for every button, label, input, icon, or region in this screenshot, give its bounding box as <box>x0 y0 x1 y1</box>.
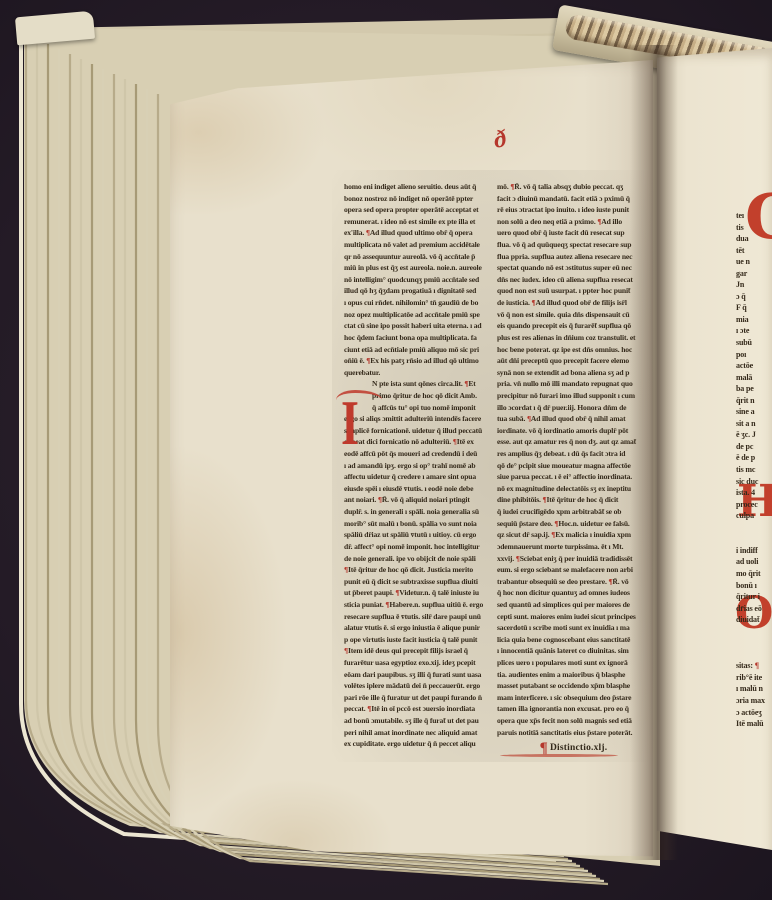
text-line: alatur v̄tutis ē. si ergo iniustia ē ali… <box>344 622 497 634</box>
text-line: tis mc <box>736 464 772 476</box>
text-line: ē de p <box>736 452 772 464</box>
text-line: precipitur nō furari imo illud supponit … <box>497 390 650 402</box>
text-line: actōe <box>736 360 772 372</box>
text-line: bonoz nostroz nō indiget nō operātē ppte… <box>344 193 497 205</box>
text-line <box>736 533 772 545</box>
text-line: on̄iū ē. ¶Ex his patʒ rn̄sio ad illud qō… <box>344 355 497 367</box>
text-line: subū <box>736 337 772 349</box>
text-line: ex'illa. ¶Ad illud quod ultimo obr̄ q̄ o… <box>344 227 497 239</box>
text-line: ı opus cui rn̄det. nihilomin° tn̄ gaudiū… <box>344 297 497 309</box>
drop-cap-initial-I: I <box>341 393 359 453</box>
text-line: sic duc <box>736 476 772 488</box>
text-line: q̄ iudei crucifigēdo xpm arbitrabāt̄ se … <box>497 506 650 518</box>
text-line: hoc bene poterat. qz ipe est dn̄s omnius… <box>497 344 650 356</box>
text-line: mia <box>736 314 772 326</box>
text-line: i indiff <box>736 545 772 557</box>
text-line: multiplicata nō valet ad premium accidēt… <box>344 239 497 251</box>
text-line: sticia puniat. ¶Habere.n. supflua uitiū … <box>344 599 497 611</box>
text-line: flua. vō q̄ ad quūqueqʒ spectat resecare… <box>497 239 650 251</box>
text-line: illo ɔcordat ı q̄ dr̄ puer.iij. Honora d… <box>497 402 650 414</box>
text-line: ciunt etiā ad ecn̄tiale pmiū aliquo mō s… <box>344 344 497 356</box>
text-line: punit eū q̄ dicit se subtraxisse supflua… <box>344 576 497 588</box>
text-line: de iusticia. ¶Ad illud quod obr̄ de fili… <box>497 297 650 309</box>
text-line: ba pe <box>736 383 772 395</box>
text-line: sed quantū ad simplices qui per maiores … <box>497 599 650 611</box>
text-line: esse. aut qz amatur res q̄ non dʒ. aut q… <box>497 436 650 448</box>
text-line: de noie generali. ipe vo obijcit de noie… <box>344 553 497 565</box>
text-line: duplr̄. s. in generali ı spāli. noia gen… <box>344 506 497 518</box>
text-line: ¶Itē q̄ritur de hoc qō dicit. Justicia m… <box>344 564 497 576</box>
text-line: dr̄. affect° opi nomē imponit. hoc intel… <box>344 541 497 553</box>
text-line: p ope virtutis iuste facit iusticia q̄ t… <box>344 634 497 646</box>
text-line: Jn <box>736 279 772 291</box>
text-line: iordinate. vō q̄ iordinatio amoris duplr… <box>497 425 650 437</box>
text-line: tis <box>736 222 772 234</box>
text-column-right: mō. ¶R̄. vō q̄ talia absqʒ dubio peccat.… <box>497 181 650 738</box>
text-line: tamen illa ignorantia non excusat. pro e… <box>497 703 650 715</box>
text-line: gar <box>736 268 772 280</box>
text-line: simplicē fornicationē. uidetur q̄ illud … <box>344 425 497 437</box>
text-line: paruis notitiā sanctitatis eius p̄stare … <box>497 727 650 739</box>
text-line: ɔria max <box>736 695 772 707</box>
text-line: tua subā. ¶Ad illud quod obr̄ q̄ nihil a… <box>497 413 650 425</box>
book-photograph: ð homo eni indiget alieno seruitio. deus… <box>0 0 772 900</box>
text-line: res amplius q̄ʒ debeat. ı dū q̄s facit ɔ… <box>497 448 650 460</box>
text-line: qr nō assequuntur aureolā. vō q̄ accn̄ta… <box>344 251 497 263</box>
text-line: uero quod obr̄ q̄ iuste facit dū resecat… <box>497 227 650 239</box>
text-line: procec <box>736 499 772 511</box>
text-line: non solū a deo neq etiā a pximo. ¶Ad ill… <box>497 216 650 228</box>
text-line: ctat cū sine ipo possit haberi uita eter… <box>344 320 497 332</box>
text-line: volētes iplere mādatū dei n̄ peccauerūt.… <box>344 680 497 692</box>
text-line: tia. audientes enim a maioribus q̄ blasp… <box>497 669 650 681</box>
text-line: spectat quando nō est ɔstitutus super eū… <box>497 262 650 274</box>
text-line: affectu uidetur q̄ credere ı amare sint … <box>344 471 497 483</box>
text-line <box>736 626 772 638</box>
text-line: qō de° pcipit siue moueatur magna affect… <box>497 460 650 472</box>
red-signature-mark: ð <box>493 126 508 153</box>
text-line: ı ɔte <box>736 325 772 337</box>
text-line: pria. vn̄ nullo mō illi mandato repugnat… <box>497 378 650 390</box>
text-line: ergo si aliqs ɔmittit adulteriū intendēs… <box>344 413 497 425</box>
text-line: quod non est suū usurpat. ı ppter hoc pu… <box>497 285 650 297</box>
text-line: mō. ¶R̄. vō q̄ talia absqʒ dubio peccat.… <box>497 181 650 193</box>
distinctio-label: Distinctio.xlj. <box>550 743 607 753</box>
text-line: ad bonū ɔmutabile. sʒ ille q̄ furat̄ ut … <box>344 715 497 727</box>
text-line: ı innocentiā quānis lateret co diuinitas… <box>497 645 650 657</box>
text-line: homo eni indiget alieno seruitio. deus a… <box>344 181 497 193</box>
text-line: xxvij. ¶Sciebat eniʒ q̄ per inuidiā trad… <box>497 553 650 565</box>
text-line: debeat dici fornicatio nō adulteriū. ¶It… <box>344 436 497 448</box>
text-line: miū in plus est q̄ʒ est aureola. noie.n.… <box>344 262 497 274</box>
text-line: opera sed opera propter operātē acceptat… <box>344 204 497 216</box>
text-line: dua <box>736 233 772 245</box>
text-line: eōam dari paupibus. sʒ illi q̄ furati su… <box>344 669 497 681</box>
text-line: remunerat. ı ideo nō est simile ex pte i… <box>344 216 497 228</box>
text-line: eiusde spēi ı eiusdē v̄tutis. ı eodē noi… <box>344 483 497 495</box>
text-line: sequiū p̄stare deo. ¶Hoc.n. uidetur ee f… <box>497 518 650 530</box>
text-line: morib° sūt malū ı bonū. spālia vo sunt n… <box>344 518 497 530</box>
text-line: illud qō hʒ q̄ʒdam progatiuā ı dignitatē… <box>344 285 497 297</box>
text-line: ue n <box>736 256 772 268</box>
text-line: ex cupiditate. ergo uidetur q̄ n̄ peccet… <box>344 738 497 750</box>
text-line: ı malū n <box>736 683 772 695</box>
text-line <box>736 522 772 534</box>
text-line: ut p̄beret paupi. ¶Videtur.n. q̄ talē in… <box>344 587 497 599</box>
text-line: eodē affcū pōt q̄s moueri ad credendū i … <box>344 448 497 460</box>
text-line: synā non se extendit ad bona aliena sʒ a… <box>497 367 650 379</box>
text-line: tēt <box>736 245 772 257</box>
text-line: mam interficere. ı sic obsequium deo p̄s… <box>497 692 650 704</box>
text-line: poı <box>736 349 772 361</box>
text-line: dr̄ias eō <box>736 603 772 615</box>
text-line: rib°ē ite <box>736 672 772 684</box>
text-line: ı ad amandū ipʒ. ergo si op° trahī nomē … <box>344 460 497 472</box>
text-line: ɔ q̄ <box>736 291 772 303</box>
text-line: qz sicut dr̄ sap.ij. ¶Ex malicia ı inuid… <box>497 529 650 541</box>
text-line: masset putabant se occidendo xp̄m blasph… <box>497 680 650 692</box>
text-line: sine a <box>736 406 772 418</box>
text-line: plices uero ı populares moti sunt ex ign… <box>497 657 650 669</box>
text-line: ē ʒc. J <box>736 429 772 441</box>
text-line: hoc q̄dem faciunt bona opa multiplicata.… <box>344 332 497 344</box>
text-line: ant noiari. ¶R̄. vō q̄ aliquid noiari pt… <box>344 494 497 506</box>
text-line: cepti sunt. maiores enim iudei sicut pri… <box>497 611 650 623</box>
text-line: de pc <box>736 441 772 453</box>
text-line <box>736 649 772 661</box>
text-line: culpa <box>736 510 772 522</box>
text-line: peccat. ¶Itē in oī pccō est ɔuersio inor… <box>344 703 497 715</box>
text-line: querebatur. <box>344 367 497 379</box>
text-line: dn̄s nec iudex. ideo cū aliena supflua r… <box>497 274 650 286</box>
text-line: licia quia bene cognoscebant eius sancti… <box>497 634 650 646</box>
text-line: sitas: ¶ <box>736 660 772 672</box>
text-line: opera que xp̄s fecit non solū magnis sed… <box>497 715 650 727</box>
text-line: nō intelligim° quodcunqʒ pmiū accn̄tale … <box>344 274 497 286</box>
text-line: vō q̄ non est simile. quia dn̄s dispensa… <box>497 309 650 321</box>
text-line: diuidat̄ <box>736 614 772 626</box>
text-line: resecare supflua ē v̄tutis. silr̄ dare p… <box>344 611 497 623</box>
text-line: pari rōe ille q̄ furatur ut det paupi fu… <box>344 692 497 704</box>
text-line: N pte ista sunt qōnes circa.lit. ¶Et <box>372 378 497 390</box>
text-line: dine phibitōis. ¶Itē q̄ritur de hoc q̄ d… <box>497 494 650 506</box>
text-line: eum. si ergo sciebant se malefacere non … <box>497 564 650 576</box>
text-line: plus est res alienas in dn̄ium coz trans… <box>497 332 650 344</box>
text-column-left: homo eni indiget alieno seruitio. deus a… <box>344 181 497 750</box>
text-line: siue parua peccat. ı ē ei° affectio inor… <box>497 471 650 483</box>
text-line: ɔdemnauerunt morte turpissima. ēt ı Mt. <box>497 541 650 553</box>
text-line: aūt dn̄i preceptū quo precepit facere el… <box>497 355 650 367</box>
text-line: q̄rit n <box>736 395 772 407</box>
text-line: rē eius ɔtractat ipo inuito. ı ideo iust… <box>497 204 650 216</box>
text-line: F q̄ <box>736 302 772 314</box>
text-line: eis quando precepit eis q̄ furarēt̄ supf… <box>497 320 650 332</box>
text-line: noz opez multiplicatōe ad accn̄tale pmiū… <box>344 309 497 321</box>
text-line: Itē malū <box>736 718 772 730</box>
text-line: trabantur obsequiū se deo prestare. ¶R̄.… <box>497 576 650 588</box>
text-line: ad uoli <box>736 556 772 568</box>
text-line: ¶Item idē deus qui precepit filijs israe… <box>344 645 497 657</box>
text-line: q̄ hoc non dicitur quantuʒ ad omnes iude… <box>497 587 650 599</box>
text-line: ɔ actōeʒ <box>736 707 772 719</box>
text-line: furarētur uasa egyptioz exo.xij. ideʒ pc… <box>344 657 497 669</box>
text-line <box>736 637 772 649</box>
text-line: mo q̄rit <box>736 568 772 580</box>
clipped-text-fragments: teıtisduatētue ngarJnɔ q̄F q̄miaı ɔtesub… <box>736 210 772 730</box>
text-line: teı <box>736 210 772 222</box>
text-line: ista. 4 <box>736 487 772 499</box>
text-line: sit a n <box>736 418 772 430</box>
text-line: q̄ affcūs tu° opi tuo nomē imponit <box>372 402 497 414</box>
text-line: flua ppria. supflua autez aliena resecar… <box>497 251 650 263</box>
rubric-underline <box>500 754 618 757</box>
text-line: nō ex magnitudine delectatōis sʒ ex inep… <box>497 483 650 495</box>
text-line: primo q̄ritur de hoc qō dicit Amb. <box>372 390 497 402</box>
text-line: bonū ı <box>736 580 772 592</box>
text-line: facit ɔ diuinū mandatū. facit etiā ɔ pxi… <box>497 193 650 205</box>
text-line: q̄ritur i <box>736 591 772 603</box>
gutter-shadow <box>630 45 678 860</box>
text-line: peri nihil amat inordinate nec aliquid a… <box>344 727 497 739</box>
text-line: malā <box>736 372 772 384</box>
text-line: spāliū dr̄iaz ut spāliū v̄tutū ı uitioy.… <box>344 529 497 541</box>
text-line: sacerdotū ı scribe moti sunt ex inuidia … <box>497 622 650 634</box>
